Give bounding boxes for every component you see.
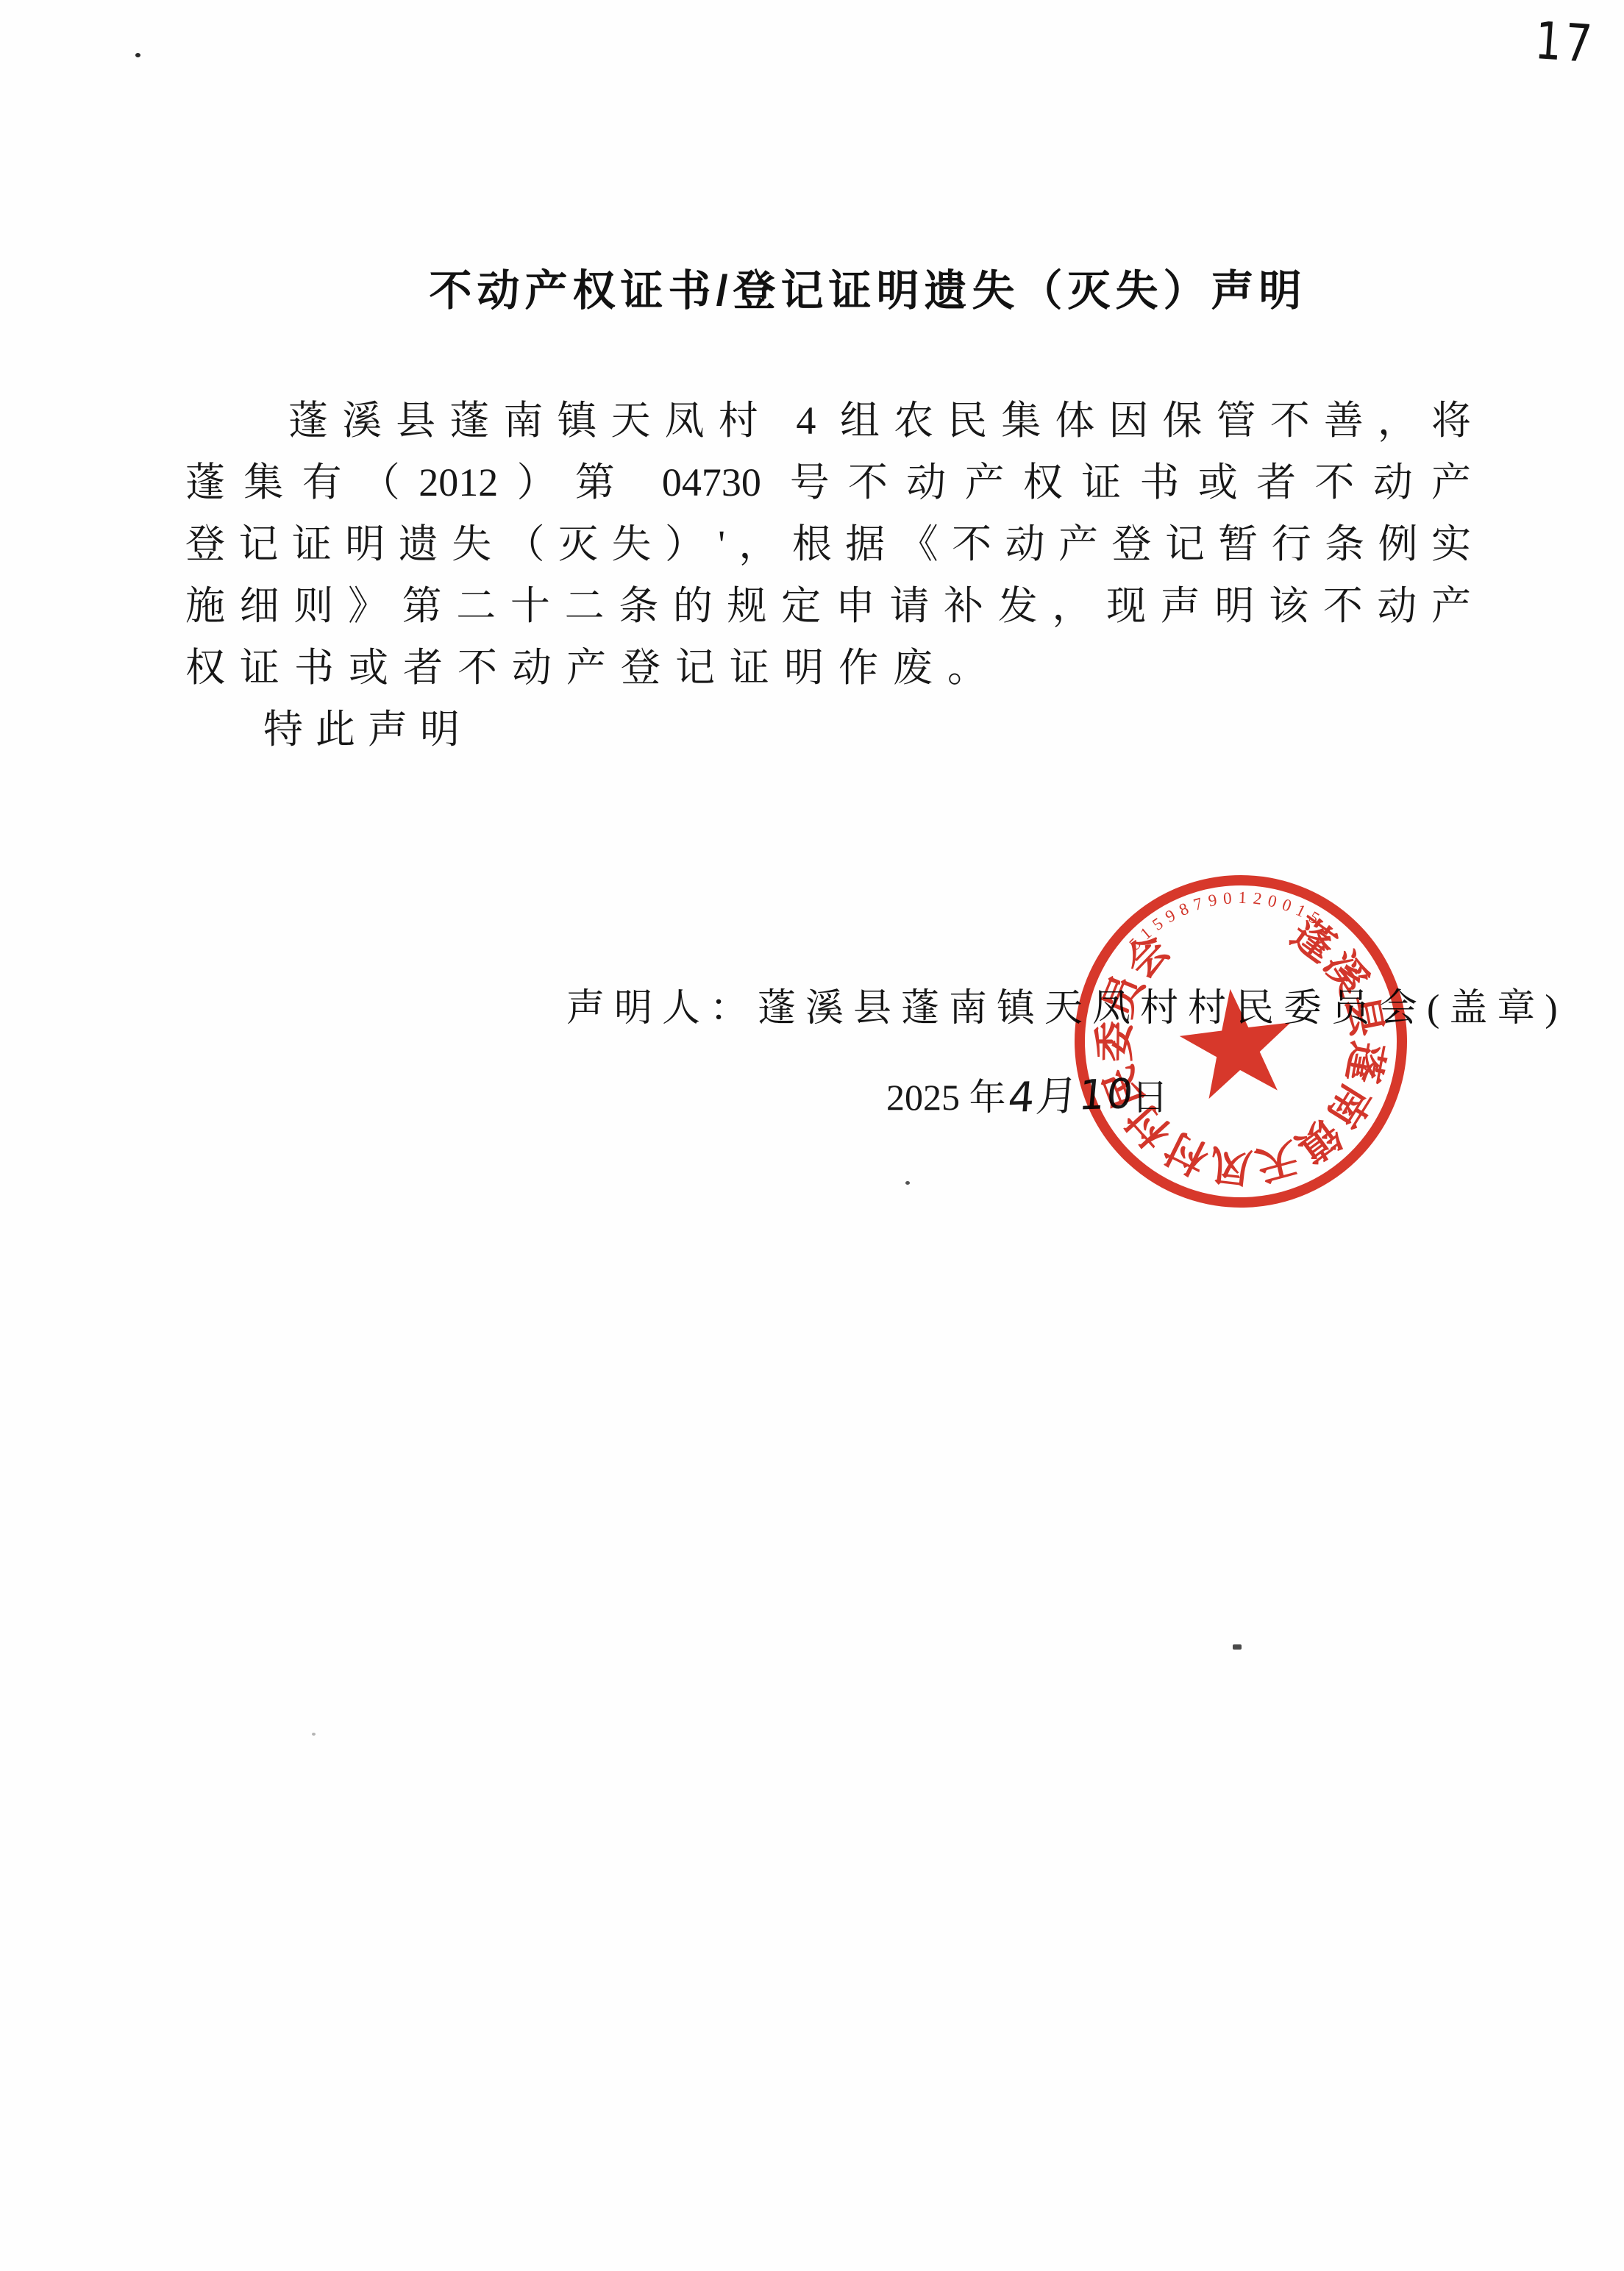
scan-speck — [905, 1181, 910, 1185]
body-line-5: 权证书或者不动产登记证明作废。 — [185, 637, 1471, 699]
body-line-1: 蓬溪县蓬南镇天凤村 4 组农民集体因保管不善，将 — [185, 390, 1471, 452]
date-printed-prefix: 2025 年 — [886, 1077, 1006, 1118]
body-line-4: 施细则》第二十二条的规定申请补发，现声明该不动产 — [185, 575, 1471, 637]
declaration-paragraph: 蓬溪县蓬南镇天凤村 4 组农民集体因保管不善，将 蓬集有（2012）第 0473… — [185, 390, 1471, 760]
body-line-2: 蓬集有（2012）第 04730 号不动产权证书或者不动产 — [185, 452, 1471, 513]
scan-speck — [135, 53, 140, 57]
body-line-3: 登记证明遗失（灭失）'，根据《不动产登记暂行条例实 — [185, 513, 1471, 575]
official-red-seal: 蓬溪县蓬南镇天凤村村民委员会 51598790120015 — [1050, 851, 1431, 1231]
scan-speck — [312, 1733, 316, 1736]
document-title: 不动产权证书/登记证明遗失（灭失）声明 — [353, 256, 1383, 318]
scanned-declaration-page: 17 不动产权证书/登记证明遗失（灭失）声明 蓬溪县蓬南镇天凤村 4 组农民集体… — [0, 0, 1624, 2271]
handwritten-page-number: 17 — [1533, 10, 1597, 74]
seal-star-icon — [1175, 982, 1299, 1101]
scan-speck — [1233, 1644, 1242, 1650]
closing-statement: 特此声明 — [185, 699, 1471, 760]
